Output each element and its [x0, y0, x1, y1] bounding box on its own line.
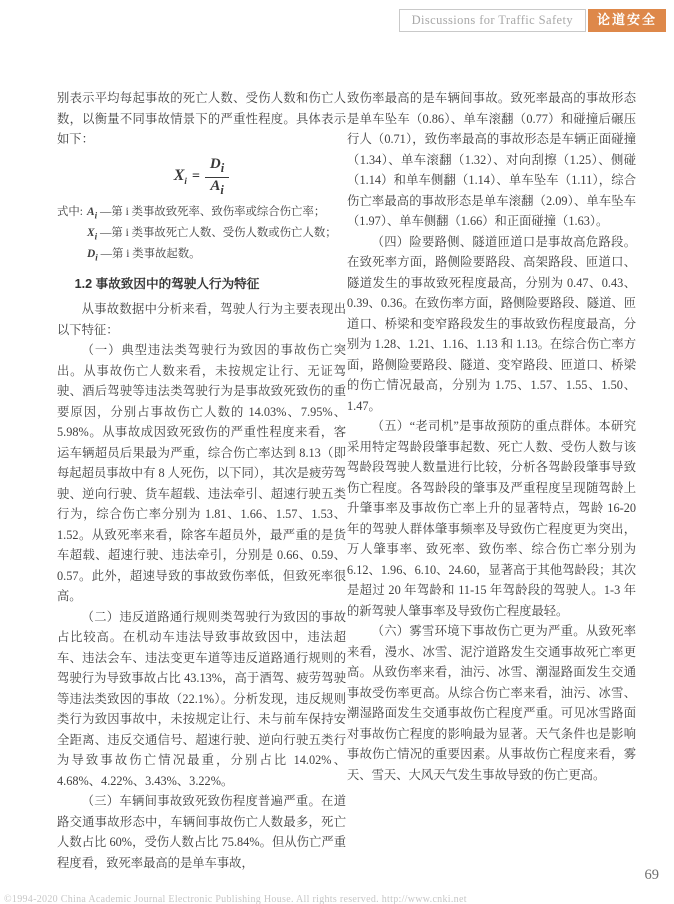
equals-sign: = [192, 169, 200, 185]
footer-copyright: ©1994-2020 China Academic Journal Electr… [4, 894, 664, 904]
paragraph: （五）“老司机”是事故预防的重点群体。本研究采用特定驾龄段肇事起数、死亡人数、受… [347, 416, 636, 621]
paragraph: （一）典型违法类驾驶行为致因的事故伤亡突出。从事故伤亡人数来看，未按规定让行、无… [57, 340, 346, 607]
intro-paragraph: 别表示平均每起事故的死亡人数、受伤人数和伤亡人数，以衡量不同事故情景下的严重性程… [57, 88, 346, 150]
left-column: 别表示平均每起事故的死亡人数、受伤人数和伤亡人数，以衡量不同事故情景下的严重性程… [57, 88, 346, 873]
paragraph: 从事故数据中分析来看，驾驶人行为主要表现出以下特征： [57, 299, 346, 340]
legend-line: Di —第 i 类事故起数。 [87, 245, 346, 266]
right-column: 致伤率最高的是车辆间事故。致死率最高的事故形态是单车坠车（0.86）、单车滚翻（… [347, 88, 636, 785]
legend-line: Ai —第 i 类事故致死率、致伤率或综合伤亡率； [87, 203, 346, 224]
paragraph: 致伤率最高的是车辆间事故。致死率最高的事故形态是单车坠车（0.86）、单车滚翻（… [347, 88, 636, 232]
paragraph: （六）雾雪环境下事故伤亡更为严重。从致死率来看，漫水、冰雪、泥泞道路发生交通事故… [347, 621, 636, 785]
page-number: 69 [645, 867, 660, 884]
paragraph: （三）车辆间事故致死致伤程度普遍严重。在道路交通事故形态中，车辆间事故伤亡人数最… [57, 791, 346, 873]
formula: Xi = Di Ai [57, 155, 346, 199]
formula-legend: 式中: Ai —第 i 类事故致死率、致伤率或综合伤亡率； Xi —第 i 类事… [57, 203, 346, 267]
legend-line: Xi —第 i 类事故死亡人数、受伤人数或伤亡人数； [87, 224, 346, 245]
formula-lhs: Xi [174, 167, 187, 186]
formula-denominator: Ai [210, 178, 224, 197]
formula-legend-prefix: 式中: [57, 203, 83, 267]
formula-legend-defs: Ai —第 i 类事故致死率、致伤率或综合伤亡率； Xi —第 i 类事故死亡人… [87, 203, 346, 267]
header-badge: 论道安全 [588, 9, 666, 32]
header-english-title: Discussions for Traffic Safety [399, 9, 586, 32]
journal-page: Discussions for Traffic Safety 论道安全 别表示平… [0, 0, 674, 904]
formula-numerator: Di [205, 156, 229, 177]
page-header: Discussions for Traffic Safety 论道安全 [399, 9, 666, 32]
formula-fraction: Di Ai [205, 156, 229, 197]
paragraph: （二）违反道路通行规则类驾驶行为致因的事故占比较高。在机动车违法导致事故致因中，… [57, 607, 346, 792]
section-heading-1-2: 1.2 事故致因中的驾驶人行为特征 [57, 274, 346, 294]
paragraph: （四）险要路侧、隧道匝道口是事故高危路段。在致死率方面，路侧险要路段、高架路段、… [347, 232, 636, 417]
